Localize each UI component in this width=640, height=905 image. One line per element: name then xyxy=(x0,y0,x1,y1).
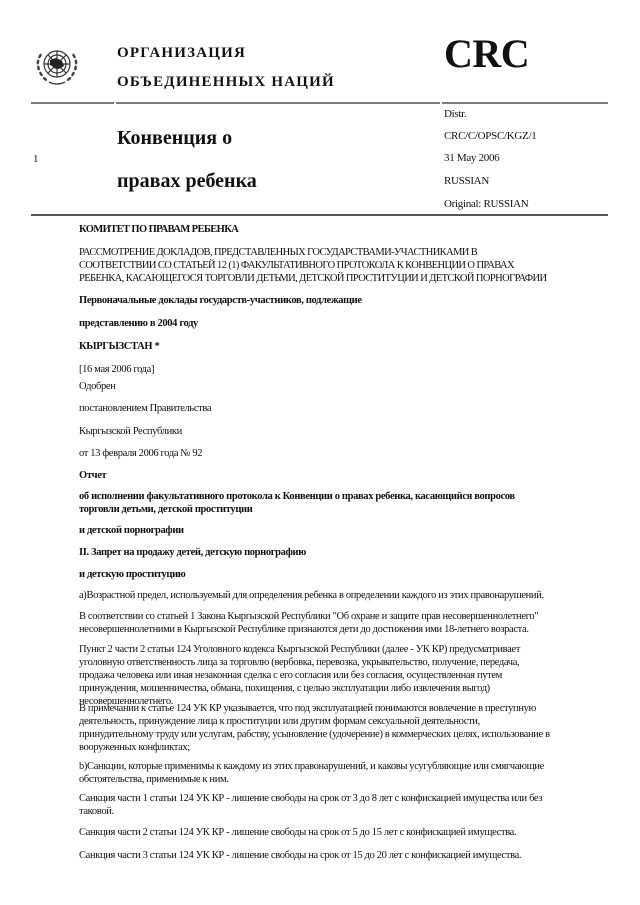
country-heading: КЫРГЫЗСТАН * xyxy=(79,340,555,353)
document-date: 31 May 2006 xyxy=(444,152,499,164)
paragraph-article-124: Пункт 2 части 2 статьи 124 Уголовного ко… xyxy=(79,643,555,708)
document-symbol: CRC/C/OPSC/KGZ/1 xyxy=(444,130,536,142)
report-date: [16 мая 2006 года] xyxy=(79,363,555,376)
un-emblem-icon xyxy=(32,40,82,90)
approved-line2: постановлением Правительства xyxy=(79,402,555,415)
initial-reports-line2: представлению в 2004 году xyxy=(79,317,555,330)
section-heading-line2: и детскую проституцию xyxy=(79,568,555,581)
committee-heading: КОМИТЕТ ПО ПРАВАМ РЕБЕНКА xyxy=(79,223,555,236)
convention-title-line1: Конвенция о xyxy=(117,127,232,150)
report-heading: Отчет xyxy=(79,469,555,482)
header-bottom-rule xyxy=(31,214,608,216)
sanction-part2: Санкция части 2 статьи 124 УК КР - лишен… xyxy=(79,826,555,839)
approved-line1: Одобрен xyxy=(79,380,555,393)
header-rule xyxy=(442,102,608,104)
paragraph-law: В соответствии со статьей 1 Закона Кыргы… xyxy=(79,610,555,636)
header-rule xyxy=(31,102,114,104)
document-language: RUSSIAN xyxy=(444,175,489,187)
paragraph-a: а)Возрастной предел, используемый для оп… xyxy=(79,589,555,602)
document-code: CRC xyxy=(444,30,529,77)
initial-reports-line1: Первоначальные доклады государств-участн… xyxy=(79,294,555,307)
distr-label: Distr. xyxy=(444,108,466,120)
original-language: Original: RUSSIAN xyxy=(444,198,528,210)
report-description: об исполнении факультативного протокола … xyxy=(79,490,555,516)
section-heading-line1: II. Запрет на продажу детей, детскую пор… xyxy=(79,546,555,559)
approved-line4: от 13 февраля 2006 года № 92 xyxy=(79,447,555,460)
page-number: 1 xyxy=(33,153,39,165)
consideration-heading: РАССМОТРЕНИЕ ДОКЛАДОВ, ПРЕДСТАВЛЕННЫХ ГО… xyxy=(79,246,555,285)
convention-title-line2: правах ребенка xyxy=(117,170,257,193)
report-description-line2: и детской порнографии xyxy=(79,524,555,537)
sanction-part1: Санкция части 1 статьи 124 УК КР - лишен… xyxy=(79,792,555,818)
org-name-line2: ОБЪЕДИНЕННЫХ НАЦИЙ xyxy=(117,74,335,91)
org-name-line1: ОРГАНИЗАЦИЯ xyxy=(117,45,246,62)
sanction-part3: Санкция части 3 статьи 124 УК КР - лишен… xyxy=(79,849,555,862)
approved-line3: Кыргызской Республики xyxy=(79,425,555,438)
header-rule xyxy=(116,102,440,104)
paragraph-note: В примечании к статье 124 УК КР указывае… xyxy=(79,702,555,754)
paragraph-b: b)Санкции, которые применимы к каждому и… xyxy=(79,760,555,786)
